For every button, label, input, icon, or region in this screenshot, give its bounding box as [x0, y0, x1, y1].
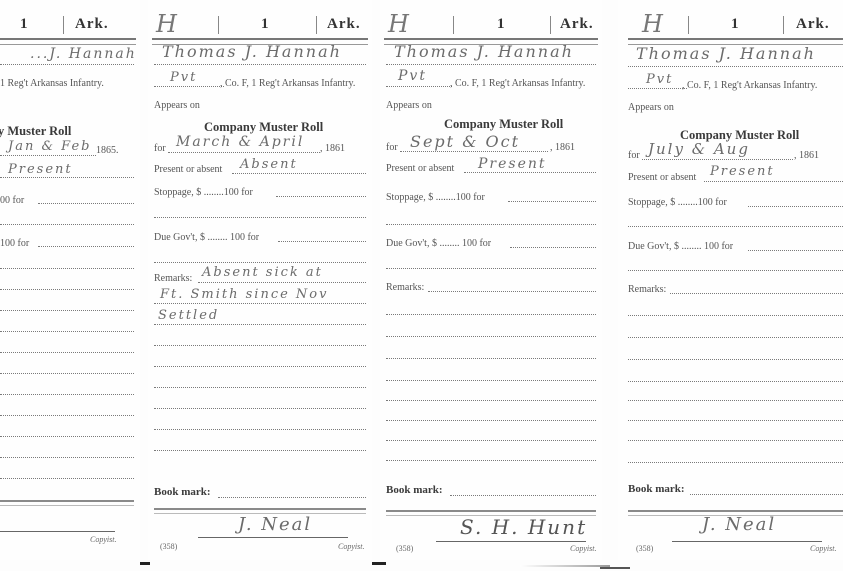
card-header: H 1 Ark.: [148, 14, 372, 38]
due-label: Due Gov't, $ ........ 100 for: [386, 238, 491, 249]
remarks-line: [428, 291, 596, 292]
state-label: Ark.: [75, 16, 109, 33]
roll-title: Company Muster Roll: [444, 117, 563, 132]
state-label: Ark.: [327, 16, 361, 33]
remarks-line: [628, 400, 843, 401]
name-line: [386, 64, 596, 65]
remarks-line: [0, 352, 134, 353]
due-line: [748, 250, 843, 251]
name-line: [628, 66, 843, 67]
regiment-number: 1: [20, 16, 28, 33]
book-mark-line: [218, 497, 366, 498]
present-value: Present: [478, 156, 547, 172]
soldier-rank: Pvt: [646, 72, 673, 87]
form-number: (358): [160, 542, 177, 551]
remarks-line: [154, 408, 366, 409]
header-divider: [688, 16, 689, 34]
remarks-label: Remarks:: [386, 282, 424, 293]
scan-mark: [600, 567, 630, 569]
blank-line: [0, 268, 134, 269]
header-divider: [453, 16, 454, 34]
book-mark-line: [450, 495, 596, 496]
remarks-line: [0, 436, 134, 437]
remarks-text-1: Absent sick at: [202, 265, 323, 280]
header-divider: [550, 16, 551, 34]
remarks-line: [0, 415, 134, 416]
soldier-name: Thomas J. Hannah: [394, 42, 574, 61]
copyist-label: Copyist.: [90, 535, 116, 544]
surname-initial: H: [642, 10, 663, 38]
rank-line: [154, 86, 224, 87]
period-line: [168, 152, 320, 153]
remarks-line: [198, 282, 366, 283]
remarks-line: [0, 394, 134, 395]
stoppage-line: [748, 206, 843, 207]
remarks-line: [0, 331, 134, 332]
roll-title: Company Muster Roll: [204, 120, 323, 135]
roll-period: March & April: [176, 134, 304, 150]
remarks-line: [386, 380, 596, 381]
due-line: [510, 247, 596, 248]
card-header: H 1 Ark.: [618, 14, 843, 38]
remarks-line: [154, 387, 366, 388]
remarks-label: Remarks:: [154, 273, 192, 284]
remarks-line: [154, 345, 366, 346]
remarks-line: [0, 373, 134, 374]
blank-line: [386, 268, 596, 269]
present-value: Present: [710, 164, 775, 179]
scan-mark: [140, 562, 150, 565]
due-label: Due Gov't, $ ........ 100 for: [628, 241, 733, 252]
name-line: [0, 64, 134, 65]
header-divider: [316, 16, 317, 34]
period-line: [642, 159, 793, 160]
footer-rule: [0, 500, 134, 506]
copyist-label: Copyist.: [570, 544, 596, 553]
state-label: Ark.: [796, 16, 830, 33]
roll-year: 1865.: [96, 145, 119, 156]
soldier-name: Thomas J. Hannah: [636, 44, 816, 63]
period-line: [400, 151, 548, 152]
unit-line: , Co. F, 1 Reg't Arkansas Infantry.: [220, 78, 355, 89]
period-line: [0, 155, 96, 156]
stoppage-label: Stoppage, $ ........100 for: [628, 197, 727, 208]
regiment-number: 1: [497, 16, 505, 33]
copyist-signature: S. H. Hunt: [460, 515, 587, 539]
regiment-number: 1: [731, 16, 739, 33]
remarks-line: [154, 303, 366, 304]
roll-year: , 1861: [794, 150, 819, 161]
remarks-line: [386, 440, 596, 441]
remarks-line: [670, 293, 843, 294]
signature-line: [0, 531, 115, 532]
header-divider: [63, 16, 64, 34]
blank-line: [154, 217, 366, 218]
rank-line: [386, 86, 452, 87]
scan-edge: [520, 565, 610, 567]
stoppage-line: [38, 203, 134, 204]
remarks-text-3: Settled: [158, 308, 219, 323]
form-number: (358): [636, 544, 653, 553]
present-value: Absent: [240, 157, 298, 172]
for-label: for: [628, 150, 640, 161]
header-rule: [0, 38, 136, 45]
for-label: for: [154, 143, 166, 154]
remarks-line: [386, 420, 596, 421]
header-divider: [218, 16, 219, 34]
appears-on-label: Appears on: [154, 100, 200, 111]
card-header: H 1 Ark.: [380, 14, 602, 38]
muster-card-3: H 1 Ark. Thomas J. Hannah Pvt , Co. F, 1…: [380, 0, 602, 560]
remarks-line: [154, 429, 366, 430]
document-strip: 1 Ark. ...J. Hannah 1 Reg't Arkansas Inf…: [0, 0, 843, 571]
muster-card-1: 1 Ark. ...J. Hannah 1 Reg't Arkansas Inf…: [0, 0, 140, 560]
unit-line: , Co. F, 1 Reg't Arkansas Infantry.: [450, 78, 585, 89]
copyist-signature: J. Neal: [702, 514, 776, 535]
copyist-label: Copyist.: [338, 542, 364, 551]
blank-line: [0, 224, 134, 225]
soldier-name: Thomas J. Hannah: [162, 42, 342, 61]
remarks-line: [386, 460, 596, 461]
signature-line: [198, 537, 348, 538]
present-line: [0, 177, 134, 178]
remarks-text-2: Ft. Smith since Nov: [160, 287, 328, 302]
stoppage-label: 00 for: [0, 195, 24, 206]
surname-initial: H: [388, 10, 409, 38]
soldier-rank: Pvt: [398, 68, 427, 84]
present-line: [704, 181, 843, 182]
appears-on-label: Appears on: [386, 100, 432, 111]
roll-title: y Muster Roll: [0, 124, 71, 139]
soldier-name: ...J. Hannah: [30, 46, 137, 62]
remarks-line: [386, 400, 596, 401]
muster-card-2: H 1 Ark. Thomas J. Hannah Pvt , Co. F, 1…: [148, 0, 372, 560]
rank-line: [628, 88, 687, 89]
remarks-line: [0, 289, 134, 290]
present-label: Present or absent: [628, 172, 696, 183]
remarks-line: [386, 336, 596, 337]
roll-period: Jan & Feb: [8, 139, 92, 154]
stoppage-line: [276, 196, 366, 197]
for-label: for: [386, 142, 398, 153]
state-label: Ark.: [560, 16, 594, 33]
scan-mark: [376, 562, 386, 565]
stoppage-label: Stoppage, $ ........100 for: [386, 192, 485, 203]
stoppage-label: Stoppage, $ ........100 for: [154, 187, 253, 198]
present-line: [464, 172, 596, 173]
due-line: [278, 241, 366, 242]
remarks-line: [154, 324, 366, 325]
remarks-line: [628, 420, 843, 421]
copyist-label: Copyist.: [810, 544, 836, 553]
roll-year: , 1861: [550, 142, 575, 153]
remarks-line: [628, 359, 843, 360]
remarks-line: [0, 457, 134, 458]
roll-period: July & Aug: [648, 140, 750, 158]
present-line: [232, 173, 366, 174]
form-number: (358): [396, 544, 413, 553]
remarks-line: [628, 462, 843, 463]
remarks-line: [154, 450, 366, 451]
book-mark-label: Book mark:: [386, 484, 443, 496]
unit-line: , Co. F, 1 Reg't Arkansas Infantry.: [682, 80, 817, 91]
header-divider: [783, 16, 784, 34]
remarks-line: [628, 337, 843, 338]
book-mark-line: [690, 494, 843, 495]
roll-period: Sept & Oct: [410, 132, 520, 151]
present-label: Present or absent: [386, 163, 454, 174]
name-line: [154, 64, 366, 65]
remarks-line: [386, 358, 596, 359]
roll-year: , 1861: [320, 143, 345, 154]
due-label: Due Gov't, $ ........ 100 for: [154, 232, 259, 243]
surname-initial: H: [156, 10, 177, 38]
due-label: 100 for: [0, 238, 29, 249]
remarks-line: [628, 315, 843, 316]
copyist-signature: J. Neal: [238, 514, 312, 535]
remarks-line: [154, 366, 366, 367]
signature-line: [436, 541, 586, 542]
remarks-label: Remarks:: [628, 284, 666, 295]
remarks-line: [0, 310, 134, 311]
due-line: [38, 246, 134, 247]
blank-line: [628, 226, 843, 227]
blank-line: [386, 224, 596, 225]
remarks-line: [628, 440, 843, 441]
card-header: 1 Ark.: [0, 14, 140, 38]
book-mark-label: Book mark:: [628, 483, 685, 495]
book-mark-line: [0, 478, 134, 479]
signature-line: [672, 541, 822, 542]
blank-line: [154, 262, 366, 263]
stoppage-line: [508, 201, 596, 202]
regiment-number: 1: [261, 16, 269, 33]
blank-line: [628, 270, 843, 271]
remarks-line: [386, 314, 596, 315]
appears-on-label: Appears on: [628, 102, 674, 113]
book-mark-label: Book mark:: [154, 486, 211, 498]
soldier-rank: Pvt: [170, 70, 197, 85]
present-label: Present or absent: [154, 164, 222, 175]
muster-card-4: H 1 Ark. Thomas J. Hannah Pvt , Co. F, 1…: [618, 0, 843, 560]
present-value: Present: [8, 162, 73, 177]
remarks-line: [628, 381, 843, 382]
unit-line: 1 Reg't Arkansas Infantry.: [0, 78, 104, 89]
